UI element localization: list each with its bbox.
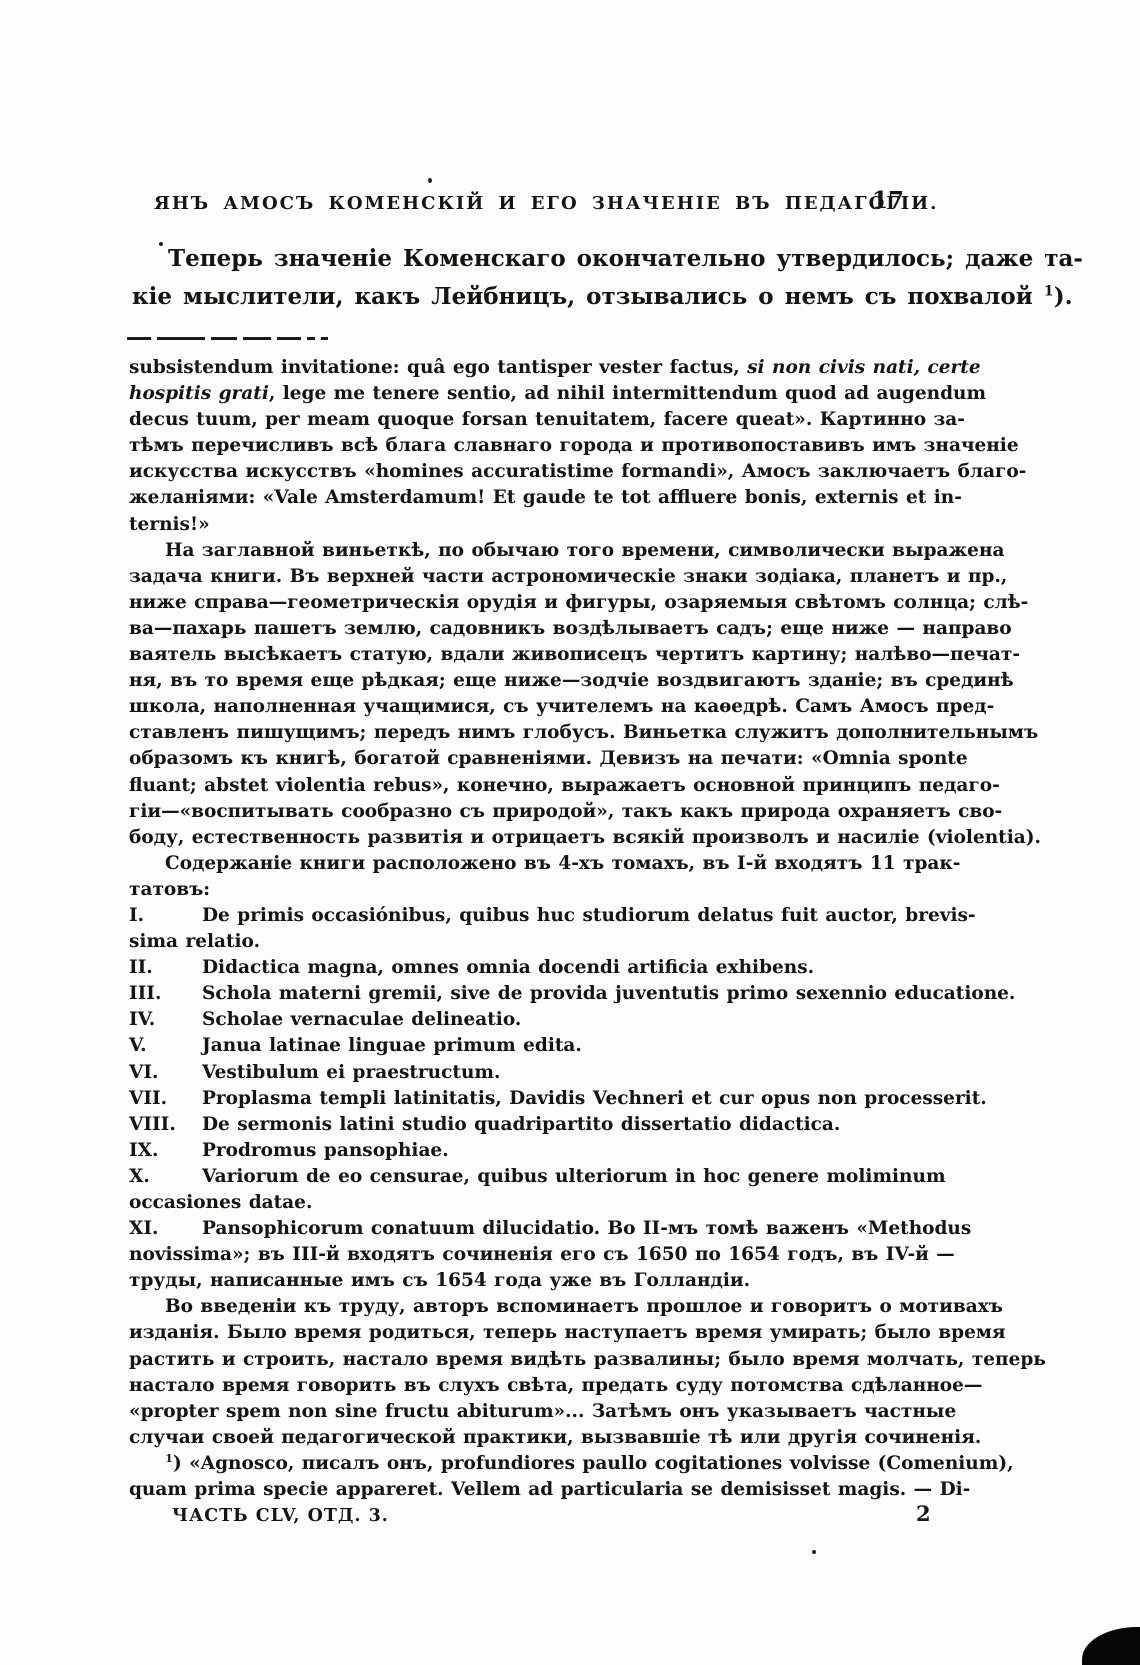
ink-speck — [428, 178, 432, 183]
text-line: образомъ къ книгѣ, богатой сравненіями. … — [129, 746, 932, 772]
list-numeral: I. — [129, 903, 202, 929]
text-line: Содержаніе книги расположено въ 4-хъ том… — [129, 851, 932, 877]
text-line: ternis!» — [129, 512, 932, 538]
text-line: кіе мыслители, какъ Лейбницъ, отзывались… — [132, 278, 932, 316]
separator-dash — [157, 337, 205, 340]
text-line: изданія. Было время родиться, теперь нас… — [129, 1320, 932, 1346]
text-line: VII.Proplasma templi latinitatis, Davidi… — [129, 1086, 932, 1112]
text-line: ниже справа—геометрическія орудія и фигу… — [129, 590, 932, 616]
list-numeral: IV. — [129, 1007, 202, 1033]
volume-signature: ЧАСТЬ CLV, ОТД. 3. — [172, 1506, 389, 1526]
separator-dash — [127, 337, 151, 340]
text-line: XI.Pansophicorum conatuum dilucidatio. В… — [129, 1216, 932, 1242]
text-line: III.Schola materni gremii, sive de provi… — [129, 981, 932, 1007]
list-numeral: IX. — [129, 1138, 202, 1164]
ink-blob — [1082, 1627, 1140, 1665]
text-line: ва—пахарь пашетъ землю, садовникъ воздѣл… — [129, 616, 932, 642]
text-line: IV.Scholae vernaculae delineatio. — [129, 1007, 932, 1033]
text-line: quam prima specie appareret. Vellem ad p… — [129, 1477, 932, 1503]
text-line: sima relatio. — [129, 929, 932, 955]
text-line: ставленъ пишущимъ; передъ нимъ глобусъ. … — [129, 720, 932, 746]
list-numeral: X. — [129, 1164, 202, 1190]
text-line: fluant; abstet violentia rebus», конечно… — [129, 773, 932, 799]
separator-dash — [307, 337, 315, 340]
text-line: occasiones datae. — [129, 1190, 932, 1216]
text-line: случаи своей педагогической практики, вы… — [129, 1425, 932, 1451]
text-line: задача книги. Въ верхней части астрономи… — [129, 564, 932, 590]
text-line: subsistendum invitatione: quâ ego tantis… — [129, 355, 932, 381]
page-number: 17 — [872, 187, 904, 214]
text-line: decus tuum, per meam quoque forsan tenui… — [129, 407, 932, 433]
lead-paragraph: Теперь значеніе Коменскаго окончательно … — [132, 240, 932, 316]
text-line: hospitis grati, lege me tenere sentio, a… — [129, 381, 932, 407]
sheet-number: 2 — [916, 1501, 931, 1526]
text-line: VI.Vestibulum ei praestructum. — [129, 1060, 932, 1086]
text-line: novissima»; въ III-й входятъ сочиненія е… — [129, 1242, 932, 1268]
text-line: I.De primis occasiónibus, quibus huc stu… — [129, 903, 932, 929]
text-line: X.Variorum de eo censurae, quibus ulteri… — [129, 1164, 932, 1190]
footnote-block: subsistendum invitatione: quâ ego tantis… — [129, 355, 932, 1503]
text-line: труды, написанные имъ съ 1654 года уже в… — [129, 1268, 932, 1294]
list-numeral: XI. — [129, 1216, 202, 1242]
list-numeral: VI. — [129, 1060, 202, 1086]
text-line: VIII.De sermonis latini studio quadripar… — [129, 1112, 932, 1138]
text-line: V.Janua latinae linguae primum edita. — [129, 1033, 932, 1059]
text-line: Во введеніи къ труду, авторъ вспоминаетъ… — [129, 1294, 932, 1320]
text-line: На заглавной виньеткѣ, по обычаю того вр… — [129, 538, 932, 564]
running-title: ЯНЪ АМОСЪ КОМЕНСКІЙ И ЕГО ЗНАЧЕНІЕ ВЪ ПЕ… — [154, 193, 854, 214]
list-numeral: V. — [129, 1033, 202, 1059]
text-line: II.Didactica magna, omnes omnia docendi … — [129, 955, 932, 981]
text-line: боду, естественность развитія и отрицает… — [129, 825, 932, 851]
separator-dash — [277, 337, 301, 340]
text-line: гіи—«воспитывать сообразно съ природой»,… — [129, 799, 932, 825]
separator-dash — [211, 337, 237, 340]
list-numeral: VIII. — [129, 1112, 202, 1138]
list-numeral: VII. — [129, 1086, 202, 1112]
text-line: Теперь значеніе Коменскаго окончательно … — [132, 240, 932, 278]
text-line: желаніями: «Vale Amsterdamum! Et gaude t… — [129, 485, 932, 511]
text-line: искусства искусствъ «homines accuratisti… — [129, 459, 932, 485]
text-line: ваятель высѣкаетъ статую, вдали живописе… — [129, 642, 932, 668]
text-line: настало время говорить въ слухъ свѣта, п… — [129, 1373, 932, 1399]
text-line: IX.Prodromus pansophiae. — [129, 1138, 932, 1164]
text-line: растить и строить, настало время видѣть … — [129, 1347, 932, 1373]
list-numeral: III. — [129, 981, 202, 1007]
text-line: татовъ: — [129, 877, 932, 903]
ink-speck — [812, 1550, 816, 1554]
text-line: тѣмъ перечисливъ всѣ блага славнаго горо… — [129, 433, 932, 459]
text-line: 1) «Agnosco, писалъ онъ, profundiores pa… — [129, 1451, 932, 1477]
separator-dash — [321, 337, 328, 340]
book-page: ЯНЪ АМОСЪ КОМЕНСКІЙ И ЕГО ЗНАЧЕНІЕ ВЪ ПЕ… — [0, 0, 1140, 1665]
separator-dash — [243, 337, 271, 340]
text-line: «propter spem non sine fructu abiturum».… — [129, 1399, 932, 1425]
text-line: ня, въ то время еще рѣдкая; еще ниже—зод… — [129, 668, 932, 694]
footnote-separator-rule — [127, 336, 328, 340]
list-numeral: II. — [129, 955, 202, 981]
text-line: школа, наполненная учащимися, съ учителе… — [129, 694, 932, 720]
